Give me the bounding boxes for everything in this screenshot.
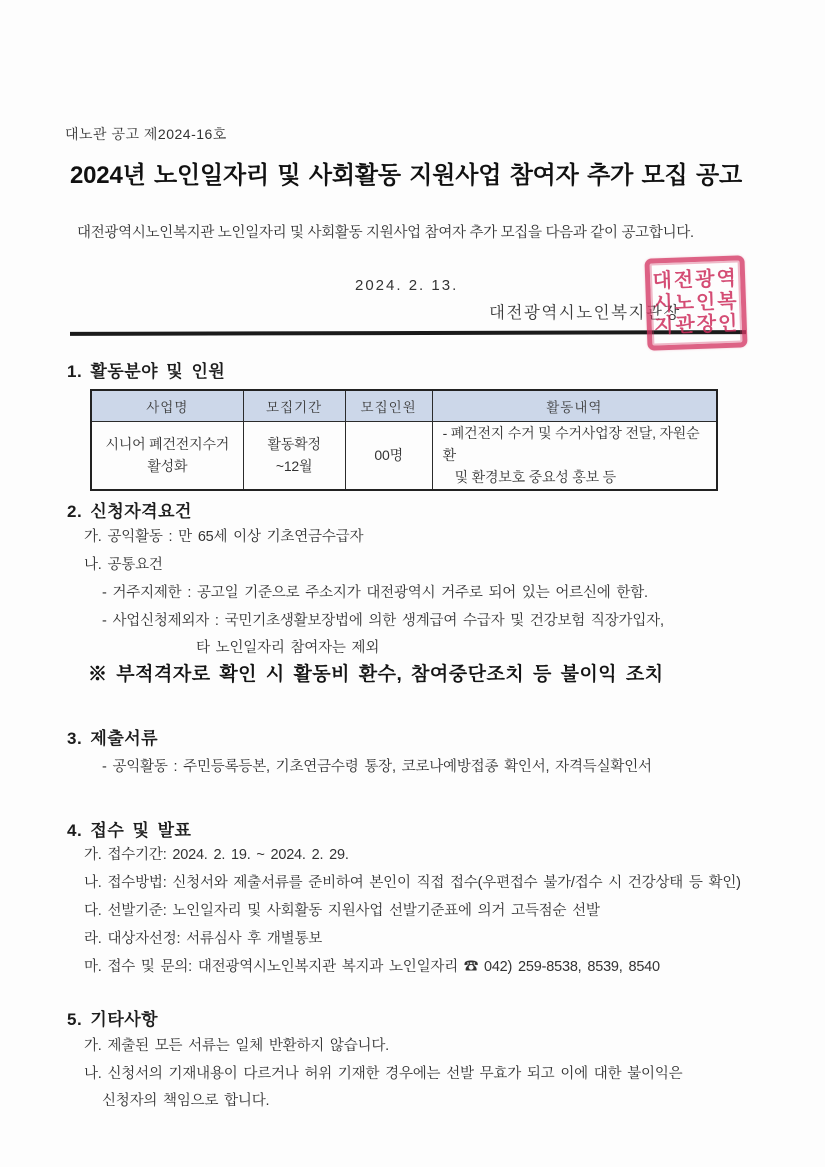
section2-heading: 2. 신청자격요건 — [67, 497, 192, 522]
horizontal-divider — [70, 330, 746, 336]
section2-item-b: 나. 공통요건 — [84, 553, 163, 574]
header-activity-detail: 활동내역 — [432, 390, 717, 421]
cell-business-name: 시니어 폐건전지수거 활성화 — [91, 421, 243, 490]
header-recruit-period: 모집기간 — [243, 390, 345, 421]
section4-item-contact: 마. 접수 및 문의: 대전광역시노인복지관 복지과 노인일자리 ☎ 042) … — [84, 955, 660, 976]
section5-item-b-cont: 신청자의 책임으로 합니다. — [102, 1089, 269, 1110]
table-header-row: 사업명 모집기간 모집인원 활동내역 — [91, 390, 717, 421]
section3-item-documents: - 공익활동 : 주민등록등본, 기초연금수령 통장, 코로나예방접종 확인서,… — [102, 755, 652, 776]
page-title: 2024년 노인일자리 및 사회활동 지원사업 참여자 추가 모집 공고 — [70, 155, 760, 190]
official-seal-stamp: 대전광역 시노인복 지관장인 — [644, 255, 747, 350]
section2-sub-residence: - 거주지제한 : 공고일 기준으로 주소지가 대전광역시 거주로 되어 있는 … — [102, 581, 648, 602]
section4-item-criteria: 다. 선발기준: 노인일자리 및 사회활동 지원사업 선발기준표에 의거 고득점… — [84, 899, 600, 920]
section3-heading: 3. 제출서류 — [67, 724, 158, 749]
section4-item-method: 나. 접수방법: 신청서와 제출서류를 준비하여 본인이 직접 접수(우편접수 … — [84, 871, 741, 892]
activity-table: 사업명 모집기간 모집인원 활동내역 시니어 폐건전지수거 활성화 활동확정 ~… — [90, 389, 718, 491]
section5-item-a: 가. 제출된 모든 서류는 일체 반환하지 않습니다. — [84, 1034, 389, 1055]
section5-heading: 5. 기타사항 — [67, 1005, 158, 1030]
announcement-date: 2024. 2. 13. — [355, 277, 458, 294]
cell-activity-detail: - 폐건전지 수거 및 수거사업장 전달, 자원순환 및 환경보호 중요성 홍보… — [432, 421, 717, 490]
section2-sub-exclusion-cont: 타 노인일자리 참여자는 제외 — [196, 636, 379, 657]
intro-text: 대전광역시노인복지관 노인일자리 및 사회활동 지원사업 참여자 추가 모집을 … — [77, 221, 694, 242]
announcement-document: 대노관 공고 제2024-16호 2024년 노인일자리 및 사회활동 지원사업… — [0, 0, 825, 1167]
section2-item-a: 가. 공익활동 : 만 65세 이상 기초연금수급자 — [84, 525, 363, 546]
section2-warning-note: ※ 부적격자로 확인 시 활동비 환수, 참여중단조치 등 불이익 조치 — [88, 659, 664, 686]
section5-item-b: 나. 신청서의 기재내용이 다르거나 허위 기재한 경우에는 선발 무효가 되고… — [84, 1062, 682, 1083]
section2-sub-exclusion: - 사업신청제외자 : 국민기초생활보장법에 의한 생계급여 수급자 및 건강보… — [102, 609, 664, 630]
header-recruit-count: 모집인원 — [345, 390, 432, 421]
section1-heading: 1. 활동분야 및 인원 — [67, 357, 225, 382]
seal-text-line: 지관장인 — [654, 313, 740, 339]
cell-recruit-period: 활동확정 ~12월 — [243, 421, 345, 490]
doc-number: 대노관 공고 제2024-16호 — [65, 124, 227, 144]
section4-heading: 4. 접수 및 발표 — [67, 816, 191, 841]
cell-recruit-count: 00명 — [345, 421, 432, 490]
table-row: 시니어 폐건전지수거 활성화 활동확정 ~12월 00명 - 폐건전지 수거 및… — [91, 421, 717, 490]
header-business-name: 사업명 — [91, 390, 243, 421]
seal-text-line: 대전광역 — [652, 268, 738, 294]
section4-item-selection: 라. 대상자선정: 서류심사 후 개별통보 — [84, 927, 322, 948]
section4-item-period: 가. 접수기간: 2024. 2. 19. ~ 2024. 2. 29. — [84, 843, 349, 864]
